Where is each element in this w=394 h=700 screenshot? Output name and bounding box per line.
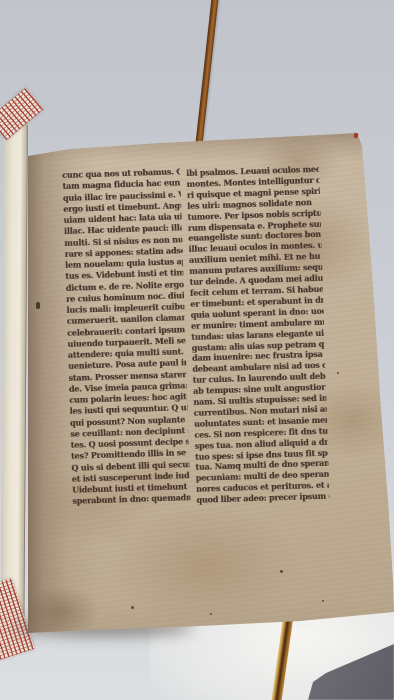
text-column-right: ibi psalmos. Leuaui oculos meos inmontes… (186, 164, 330, 506)
ink-speck (210, 613, 212, 615)
photo-canvas: cunc qua nos ut robamus. Quaretam magna … (0, 0, 394, 700)
ink-speck (280, 570, 283, 573)
ink-speck (131, 606, 134, 609)
book-cover-edge (0, 124, 28, 652)
ink-speck (322, 600, 324, 602)
gutter-notch (36, 302, 40, 309)
ink-speck (337, 372, 339, 374)
wooden-pointer-upper (195, 0, 219, 145)
text-column-left: cunc qua nos ut robamus. Quaretam magna … (62, 166, 191, 507)
